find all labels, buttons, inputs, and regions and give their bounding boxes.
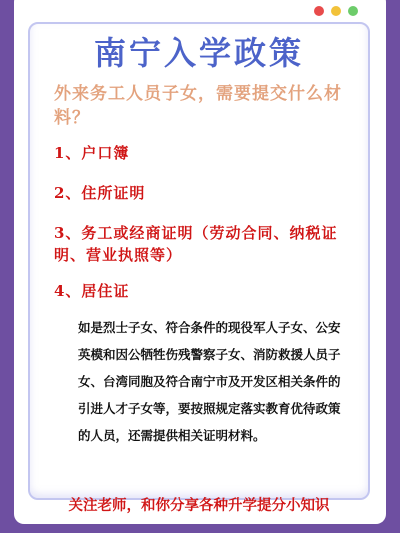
subtitle: 外来务工人员子女，需要提交什么材料？ (54, 82, 354, 130)
list-item-1: 1、户口簿 (54, 142, 354, 164)
page-title: 南宁入学政策 (30, 28, 368, 74)
content-panel: 南宁入学政策 外来务工人员子女，需要提交什么材料？ 1、户口簿 2、住所证明 3… (28, 22, 370, 500)
list-item-4: 4、居住证 (54, 280, 354, 302)
list-item-3: 3、务工或经商证明（劳动合同、纳税证明、营业执照等） (54, 222, 354, 266)
window-frame: 南宁入学政策 外来务工人员子女，需要提交什么材料？ 1、户口簿 2、住所证明 3… (14, 0, 386, 524)
note-paragraph: 如是烈士子女、符合条件的现役军人子女、公安英模和因公牺牲伤残警察子女、消防救援人… (78, 314, 346, 449)
close-dot-icon (314, 6, 324, 16)
footer-cta: 关注老师，和你分享各种升学提分小知识 (30, 494, 368, 515)
maximize-dot-icon (348, 6, 358, 16)
minimize-dot-icon (331, 6, 341, 16)
window-controls (314, 6, 358, 16)
list-item-2: 2、住所证明 (54, 182, 354, 204)
